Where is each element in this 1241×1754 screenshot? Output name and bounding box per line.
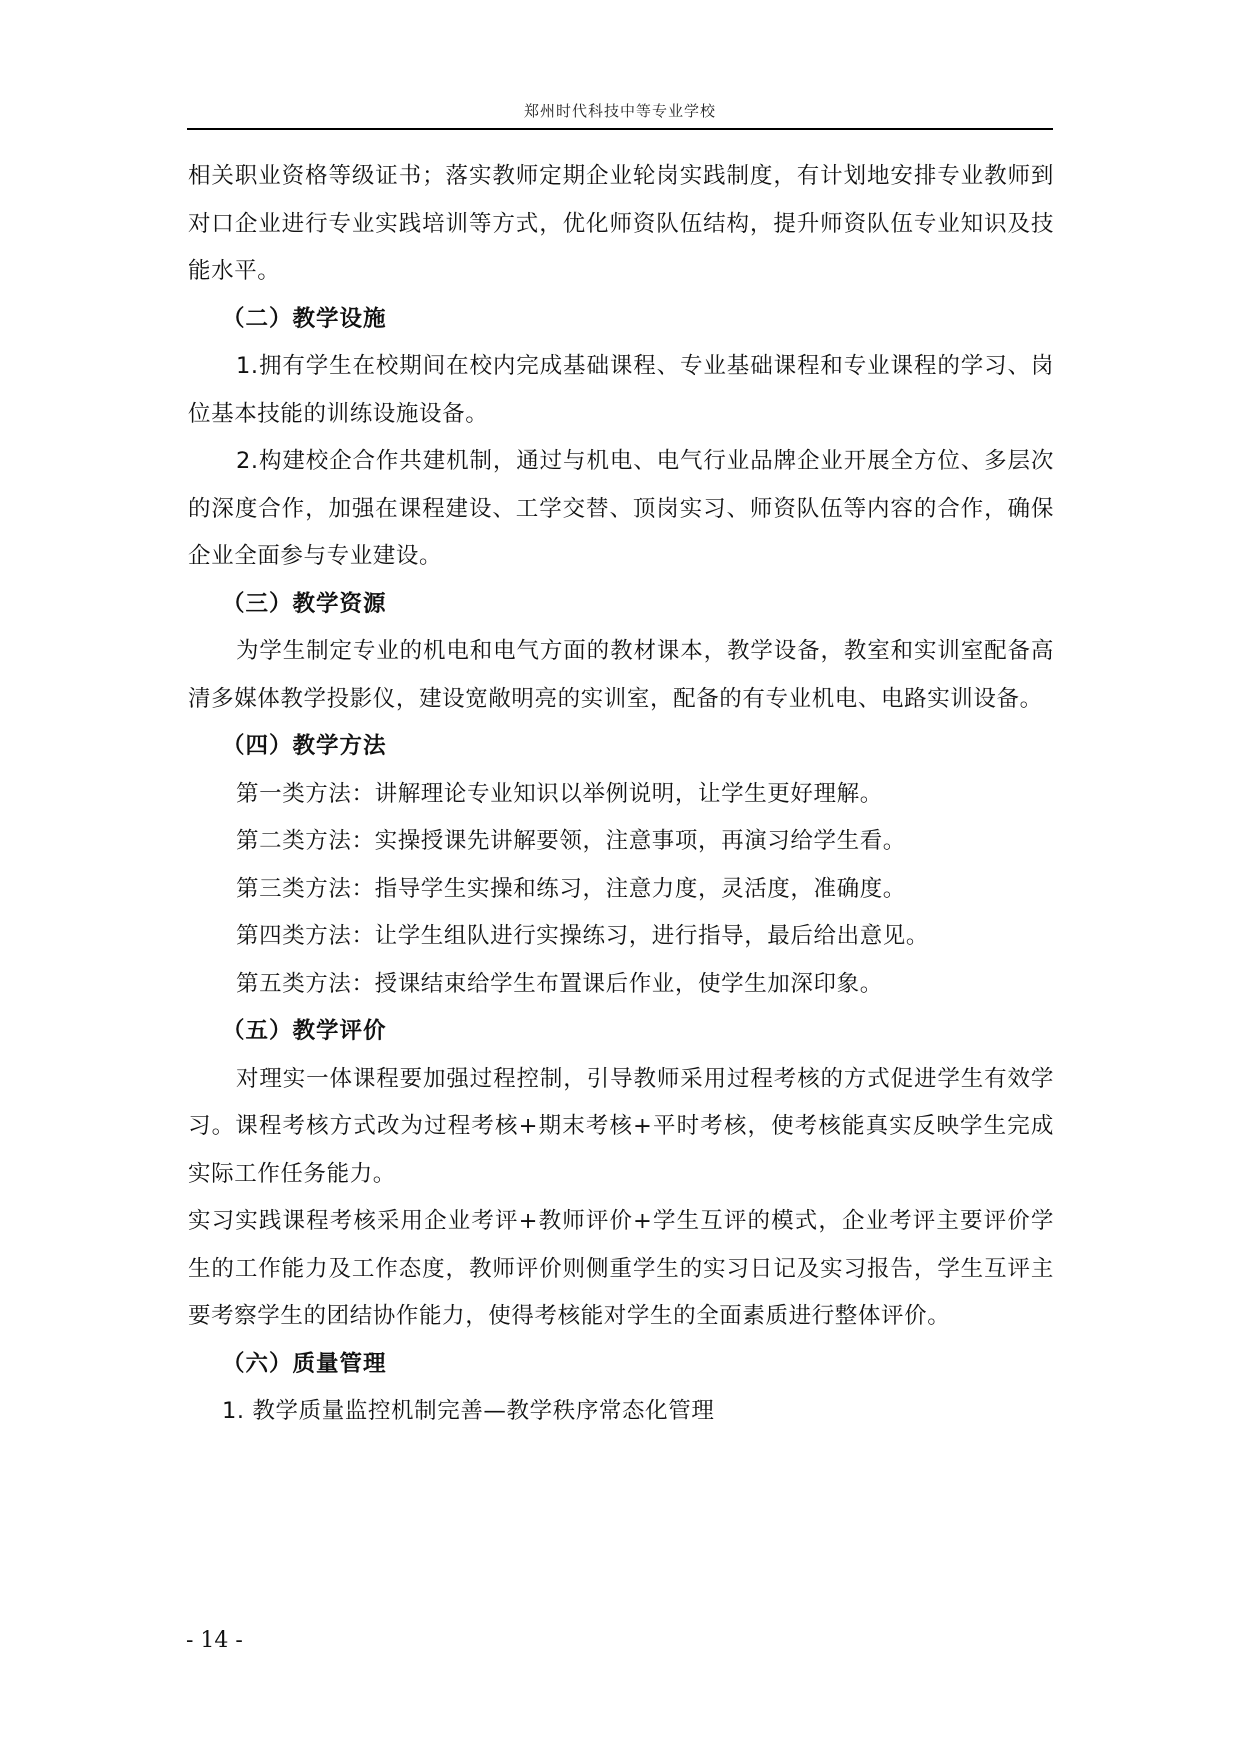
evaluation-paragraph-1: 对理实一体课程要加强过程控制，引导教师采用过程考核的方式促进学生有效学习。课程考…: [188, 1056, 1054, 1199]
method-item-1: 第一类方法：讲解理论专业知识以举例说明，让学生更好理解。: [188, 771, 1054, 819]
section-heading-facilities: （二）教学设施: [188, 296, 1054, 344]
section-heading-evaluation: （五）教学评价: [188, 1008, 1054, 1056]
facilities-paragraph-2: 2.构建校企合作共建机制，通过与机电、电气行业品牌企业开展全方位、多层次的深度合…: [188, 438, 1054, 581]
method-item-2: 第二类方法：实操授课先讲解要领，注意事项，再演习给学生看。: [188, 818, 1054, 866]
page-number: - 14 -: [186, 1628, 243, 1653]
section-heading-resources: （三）教学资源: [188, 581, 1054, 629]
section-heading-methods: （四）教学方法: [188, 723, 1054, 771]
section-heading-quality: （六）质量管理: [188, 1341, 1054, 1389]
method-item-3: 第三类方法：指导学生实操和练习，注意力度，灵活度，准确度。: [188, 866, 1054, 914]
school-name-header: 郑州时代科技中等专业学校: [524, 100, 716, 122]
quality-item-1: 1. 教学质量监控机制完善—教学秩序常态化管理: [188, 1388, 1054, 1436]
evaluation-paragraph-2: 实习实践课程考核采用企业考评+教师评价+学生互评的模式，企业考评主要评价学生的工…: [188, 1198, 1054, 1341]
facilities-paragraph-1: 1.拥有学生在校期间在校内完成基础课程、专业基础课程和专业课程的学习、岗位基本技…: [188, 343, 1054, 438]
resources-paragraph: 为学生制定专业的机电和电气方面的教材课本，教学设备，教室和实训室配备高清多媒体教…: [188, 628, 1054, 723]
method-item-4: 第四类方法：让学生组队进行实操练习，进行指导，最后给出意见。: [188, 913, 1054, 961]
method-item-5: 第五类方法：授课结束给学生布置课后作业，使学生加深印象。: [188, 961, 1054, 1009]
page-header: 郑州时代科技中等专业学校: [187, 100, 1053, 130]
intro-paragraph: 相关职业资格等级证书；落实教师定期企业轮岗实践制度，有计划地安排专业教师到对口企…: [188, 153, 1054, 296]
document-body: 相关职业资格等级证书；落实教师定期企业轮岗实践制度，有计划地安排专业教师到对口企…: [188, 153, 1054, 1436]
